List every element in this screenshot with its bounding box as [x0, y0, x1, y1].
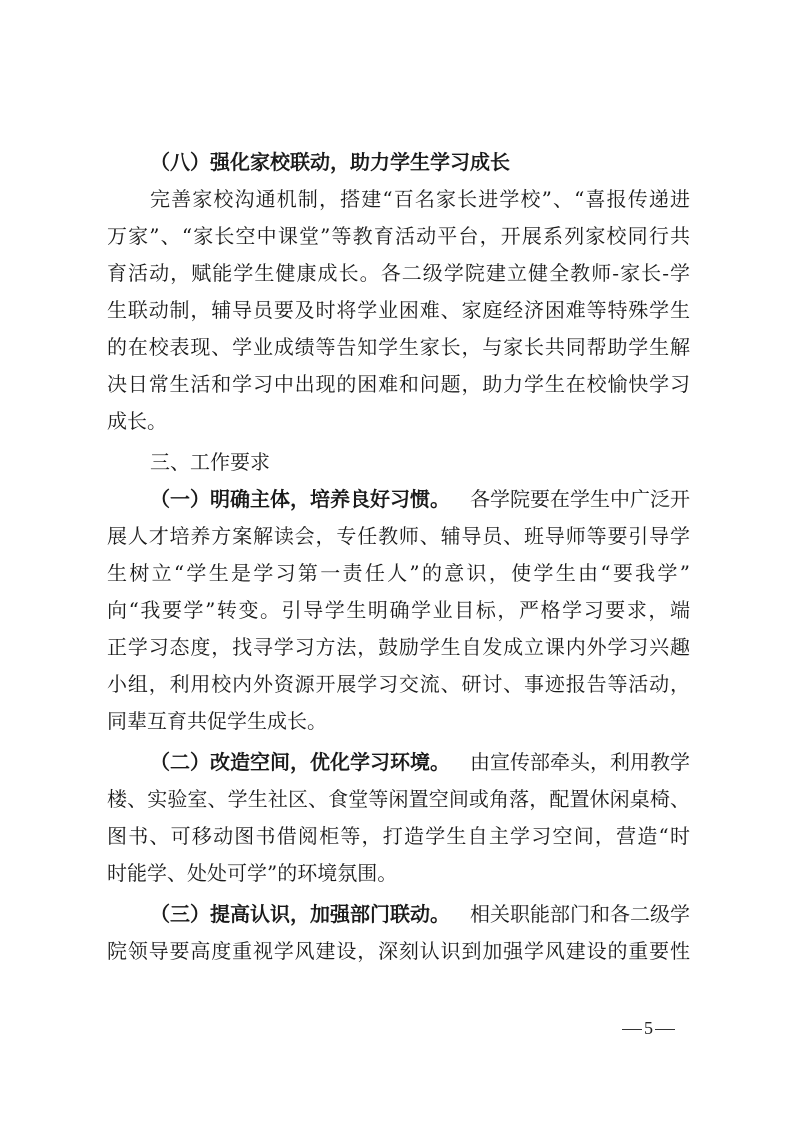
paragraph-lead: （二）改造空间，优化学习环境。 [150, 747, 450, 777]
paragraph-line: 同辈互育共促学生成长。 [107, 706, 690, 736]
page-number-value: 5 [644, 1018, 653, 1038]
paragraph-line: 院领导要高度重视学风建设，深刻认识到加强学风建设的重要性 [107, 936, 690, 966]
paragraph-line: 育活动，赋能学生健康成长。各二级学院建立健全教师-家长-学 [107, 258, 690, 288]
paragraph-line: 完善家校沟通机制，搭建“百名家长进学校”、“喜报传递进 [150, 184, 690, 214]
paragraph-lead-line: （一）明确主体，培养良好习惯。 各学院要在学生中广泛开 [150, 484, 690, 514]
paragraph-line: 正学习态度，找寻学习方法，鼓励学生自发成立课内外学习兴趣 [107, 632, 690, 662]
document-page: （八）强化家校联动，助力学生学习成长 完善家校沟通机制，搭建“百名家长进学校”、… [0, 0, 793, 1122]
paragraph-line: 成长。 [107, 406, 690, 436]
paragraph-line: 时能学、处处可学”的环境氛围。 [107, 858, 690, 888]
paragraph-text: 相关职能部门和各二级学 [470, 899, 690, 929]
paragraph-line: 决日常生活和学习中出现的困难和问题，助力学生在校愉快学习 [107, 369, 690, 399]
paragraph-line: 小组，利用校内外资源开展学习交流、研讨、事迹报告等活动， [107, 669, 690, 699]
paragraph-text: 由宣传部牵头，利用教学 [470, 747, 690, 777]
paragraph-lead-line: （三）提高认识，加强部门联动。 相关职能部门和各二级学 [150, 899, 690, 929]
paragraph-line: 楼、实验室、学生社区、食堂等闲置空间或角落，配置休闲桌椅、 [107, 784, 690, 814]
paragraph-lead: （三）提高认识，加强部门联动。 [150, 899, 450, 929]
paragraph-line: 的在校表现、学业成绩等告知学生家长，与家长共同帮助学生解 [107, 332, 690, 362]
paragraph-line: 展人才培养方案解读会，专任教师、辅导员、班导师等要引导学 [107, 521, 690, 551]
paragraph-line: 生联动制，辅导员要及时将学业困难、家庭经济困难等特殊学生 [107, 295, 690, 325]
paragraph-line: 万家”、“家长空中课堂”等教育活动平台，开展系列家校同行共 [107, 221, 690, 251]
chapter-heading: 三、工作要求 [150, 447, 690, 477]
paragraph-lead-line: （二）改造空间，优化学习环境。 由宣传部牵头，利用教学 [150, 747, 690, 777]
page-number: 5 [620, 1018, 677, 1039]
paragraph-text: 各学院要在学生中广泛开 [470, 484, 690, 514]
paragraph-line: 图书、可移动图书借阅柜等，打造学生自主学习空间，营造“时 [107, 821, 690, 851]
paragraph-line: 生树立“学生是学习第一责任人”的意识，使学生由“要我学” [107, 558, 690, 588]
dash-right [655, 1029, 675, 1030]
paragraph-line: 向“我要学”转变。引导学生明确学业目标，严格学习要求，端 [107, 595, 690, 625]
section-heading: （八）强化家校联动，助力学生学习成长 [150, 147, 690, 177]
dash-left [622, 1029, 642, 1030]
paragraph-lead: （一）明确主体，培养良好习惯。 [150, 484, 450, 514]
